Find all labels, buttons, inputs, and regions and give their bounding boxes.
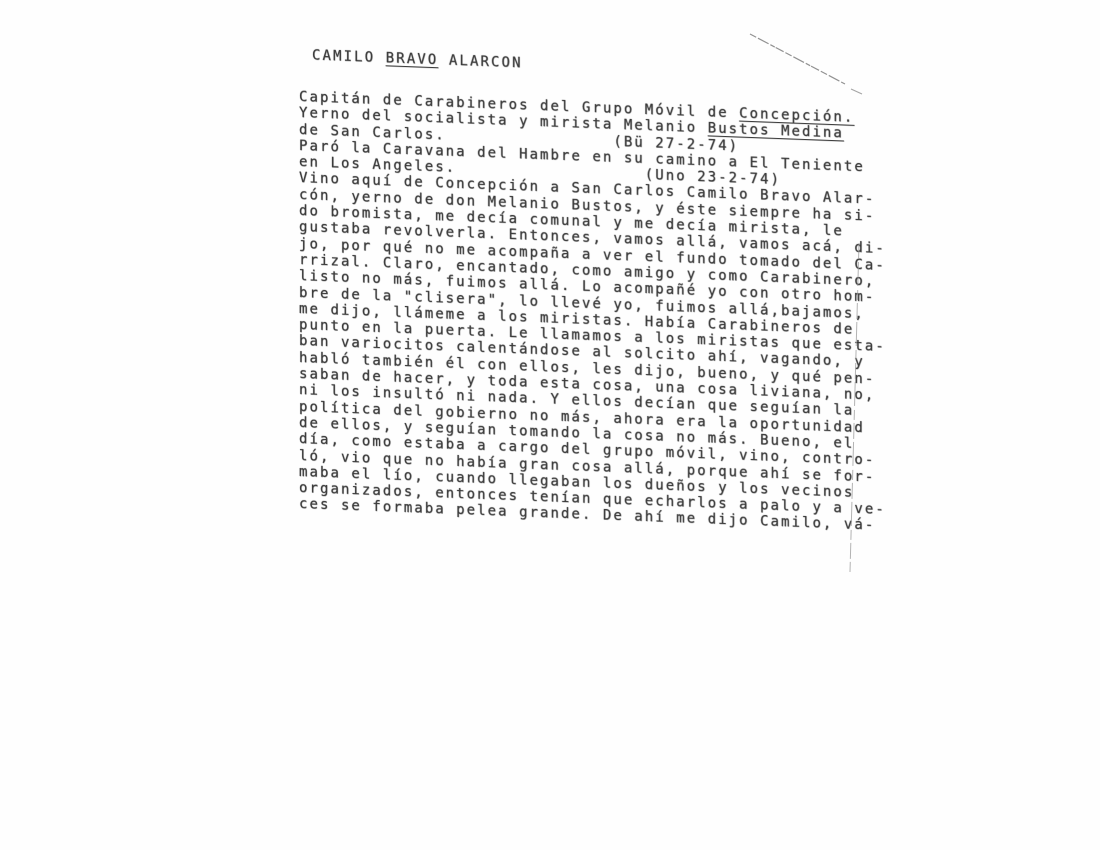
document-body: Capitán de Carabineros del Grupo Móvil d…: [299, 89, 919, 536]
underlined-text: BRAVO: [386, 50, 439, 68]
document-title: CAMILO BRAVO ALARCON: [312, 47, 919, 86]
text-segment: CAMILO: [312, 47, 386, 66]
typewritten-text-block: CAMILO BRAVO ALARCON Capitán de Carabine…: [299, 47, 919, 536]
scanned-page: CAMILO BRAVO ALARCON Capitán de Carabine…: [0, 0, 1100, 850]
text-segment: ALARCON: [438, 52, 522, 71]
